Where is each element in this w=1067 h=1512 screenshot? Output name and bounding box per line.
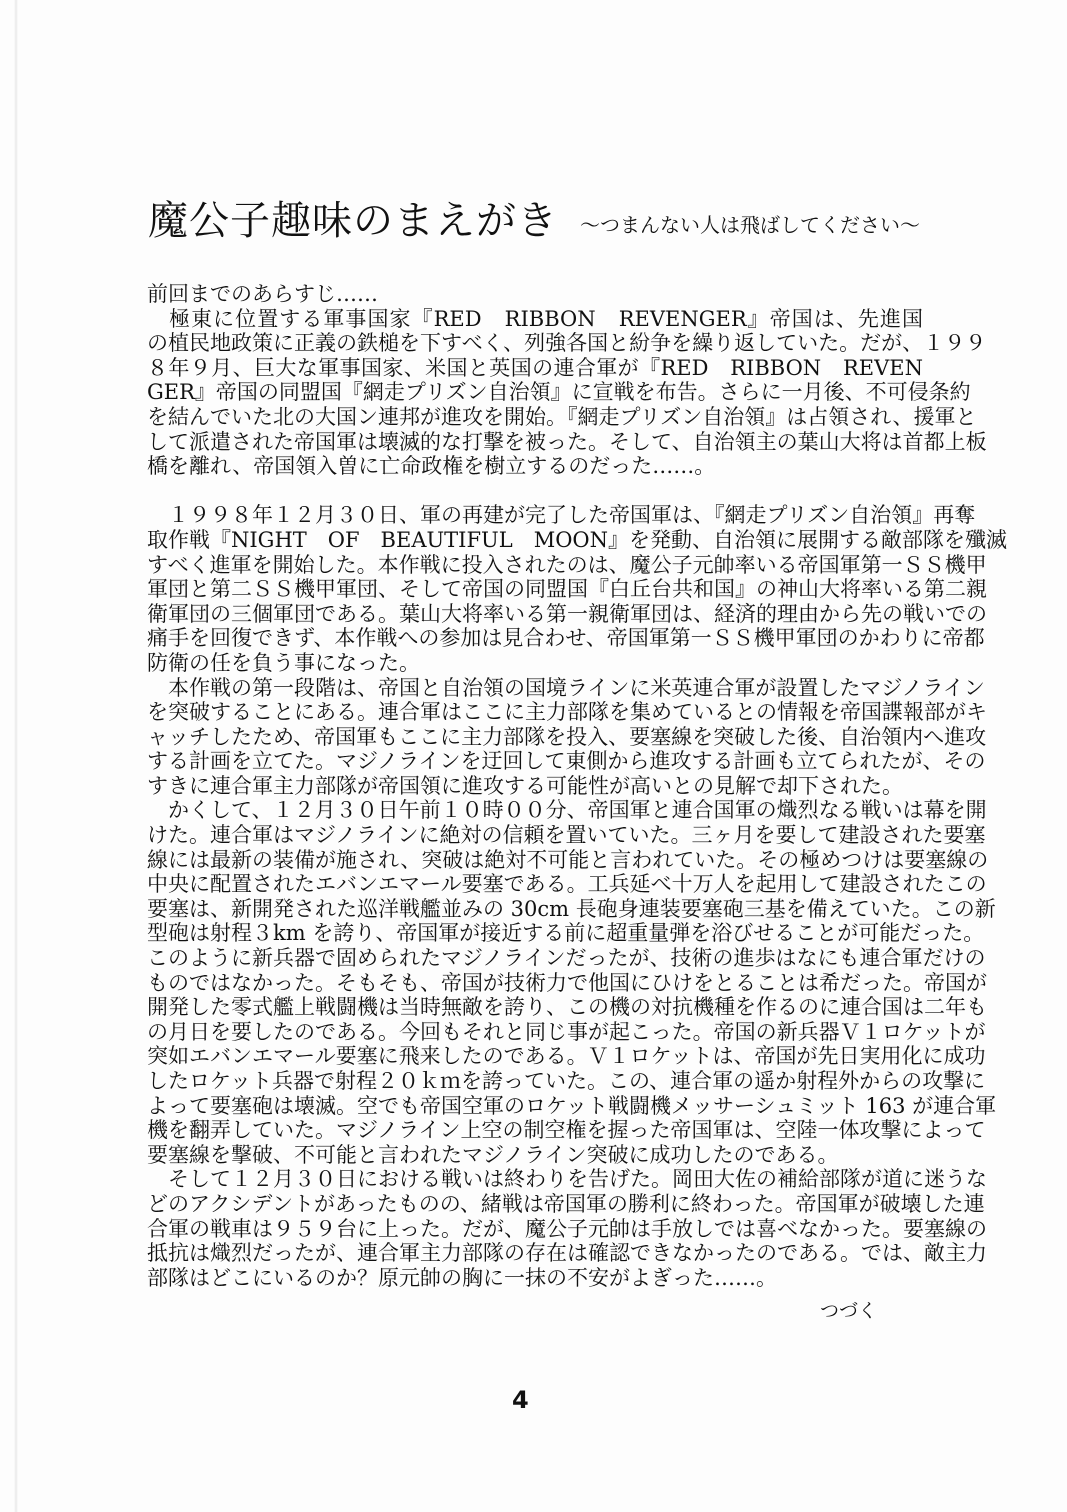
text-line: 本作戦の第一段階は、帝国と自治領の国境ラインに米英連合軍が設置したマジノライン xyxy=(147,676,923,701)
text-line: 機を翻弄していた。マジノライン上空の制空権を握った帝国軍は、空陸一体攻撃によって xyxy=(147,1118,923,1143)
page-title: 魔公子趣味のまえがき xyxy=(148,196,558,246)
page-heading: 魔公子趣味のまえがき 〜つまんない人は飛ばしてください〜 xyxy=(148,190,928,246)
text-line: 抵抗は熾烈だったが、連合軍主力部隊の存在は確認できなかったのである。では、敵主力 xyxy=(147,1241,923,1266)
text-line: の月日を要したのである。今回もそれと同じ事が起こった。帝国の新兵器Ｖ１ロケットが xyxy=(147,1020,923,1045)
text-line: どのアクシデントがあったものの、緒戦は帝国軍の勝利に終わった。帝国軍が破壊した連 xyxy=(147,1192,923,1217)
text-line: よって要塞砲は壊滅。空でも帝国空軍のロケット戦闘機メッサーシュミット 163 が… xyxy=(147,1094,923,1119)
text-line: 要塞線を撃破、不可能と言われたマジノライン突破に成功したのである。 xyxy=(147,1143,923,1168)
page-subtitle: 〜つまんない人は飛ばしてください〜 xyxy=(580,212,920,238)
synopsis-heading: 前回までのあらすじ…… xyxy=(147,282,923,307)
text-line: GER』帝国の同盟国『網走プリズン自治領』に宣戦を布告。さらに一月後、不可侵条約 xyxy=(147,380,923,405)
text-line: する計画を立てた。マジノラインを迂回して東側から進攻する計画も立てられたが、その xyxy=(147,749,923,774)
page-number: 4 xyxy=(512,1386,529,1414)
body-text: 前回までのあらすじ…… 極東に位置する軍事国家『RED RIBBON REVEN… xyxy=(147,282,923,1290)
text-line: ャッチしたため、帝国軍もここに主力部隊を投入、要塞線を突破した後、自治領内へ進攻 xyxy=(147,725,923,750)
text-line: 軍団と第二ＳＳ機甲軍団、そして帝国の同盟国『白丘台共和国』の神山大将率いる第二親 xyxy=(147,577,923,602)
document-page: 魔公子趣味のまえがき 〜つまんない人は飛ばしてください〜 前回までのあらすじ……… xyxy=(0,0,1067,1512)
to-be-continued: つづく xyxy=(820,1296,877,1323)
text-line: けた。連合軍はマジノラインに絶対の信頼を置いていた。三ヶ月を要して建設された要塞 xyxy=(147,823,923,848)
text-line: そして１２月３０日における戦いは終わりを告げた。岡田大佐の補給部隊が道に迷うな xyxy=(147,1167,923,1192)
text-line: 開発した零式艦上戦闘機は当時無敵を誇り、この機の対抗機種を作るのに連合国は二年も xyxy=(147,995,923,1020)
text-line: 取作戦『NIGHT OF BEAUTIFUL MOON』を発動、自治領に展開する… xyxy=(147,528,923,553)
text-line: 痛手を回復できず、本作戦への参加は見合わせ、帝国軍第一ＳＳ機甲軍団のかわりに帝都 xyxy=(147,626,923,651)
text-line: したロケット兵器で射程２０ｋｍを誇っていた。この、連合軍の遥か射程外からの攻撃に xyxy=(147,1069,923,1094)
paragraph-gap xyxy=(147,479,923,504)
text-line: 部隊はどこにいるのか？原元帥の胸に一抹の不安がよぎった……。 xyxy=(147,1266,923,1291)
text-line: ８年９月、巨大な軍事国家、米国と英国の連合軍が『RED RIBBON REVEN xyxy=(147,356,923,381)
text-line: １９９８年１２月３０日、軍の再建が完了した帝国軍は、『網走プリズン自治領』再奪 xyxy=(147,503,923,528)
text-line: すきに連合軍主力部隊が帝国領に進攻する可能性が高いとの見解で却下された。 xyxy=(147,774,923,799)
text-line: 要塞は、新開発された巡洋戦艦並みの 30cm 長砲身連装要塞砲三基を備えていた。… xyxy=(147,897,923,922)
text-line: このように新兵器で固められたマジノラインだったが、技術の進歩はなにも連合軍だけの xyxy=(147,946,923,971)
text-line: 突如エバンエマール要塞に飛来したのである。Ｖ１ロケットは、帝国が先日実用化に成功 xyxy=(147,1044,923,1069)
text-line: 型砲は射程３km を誇り、帝国軍が接近する前に超重量弾を浴びせることが可能だった… xyxy=(147,921,923,946)
text-line: ものではなかった。そもそも、帝国が技術力で他国にひけをとることは希だった。帝国が xyxy=(147,971,923,996)
text-line: 中央に配置されたエバンエマール要塞である。工兵延べ十万人を起用して建設されたこの xyxy=(147,872,923,897)
text-line: すべく進軍を開始した。本作戦に投入されたのは、魔公子元帥率いる帝国軍第一ＳＳ機甲 xyxy=(147,553,923,578)
text-line: を結んでいた北の大国ン連邦が進攻を開始。『網走プリズン自治領』は占領され、援軍と xyxy=(147,405,923,430)
text-line: 合軍の戦車は９５９台に上った。だが、魔公子元帥は手放しでは喜べなかった。要塞線の xyxy=(147,1217,923,1242)
text-line: 衛軍団の三個軍団である。葉山大将率いる第一親衛軍団は、経済的理由から先の戦いでの xyxy=(147,602,923,627)
text-line: の植民地政策に正義の鉄槌を下すべく、列強各国と紛争を繰り返していた。だが、１９９ xyxy=(147,331,923,356)
text-line: 極東に位置する軍事国家『RED RIBBON REVENGER』帝国は、先進国 xyxy=(147,307,923,332)
text-line: 線には最新の装備が施され、突破は絶対不可能と言われていた。その極めつけは要塞線の xyxy=(147,848,923,873)
text-line: を突破することにある。連合軍はここに主力部隊を集めているとの情報を帝国諜報部がキ xyxy=(147,700,923,725)
spine-shadow xyxy=(14,0,18,1512)
text-line: 防衛の任を負う事になった。 xyxy=(147,651,923,676)
text-line: して派遣された帝国軍は壊滅的な打撃を被った。そして、自治領主の葉山大将は首都上板 xyxy=(147,430,923,455)
text-line: 橋を離れ、帝国領入曽に亡命政権を樹立するのだった……。 xyxy=(147,454,923,479)
text-line: かくして、１２月３０日午前１０時００分、帝国軍と連合国軍の熾烈なる戦いは幕を開 xyxy=(147,798,923,823)
